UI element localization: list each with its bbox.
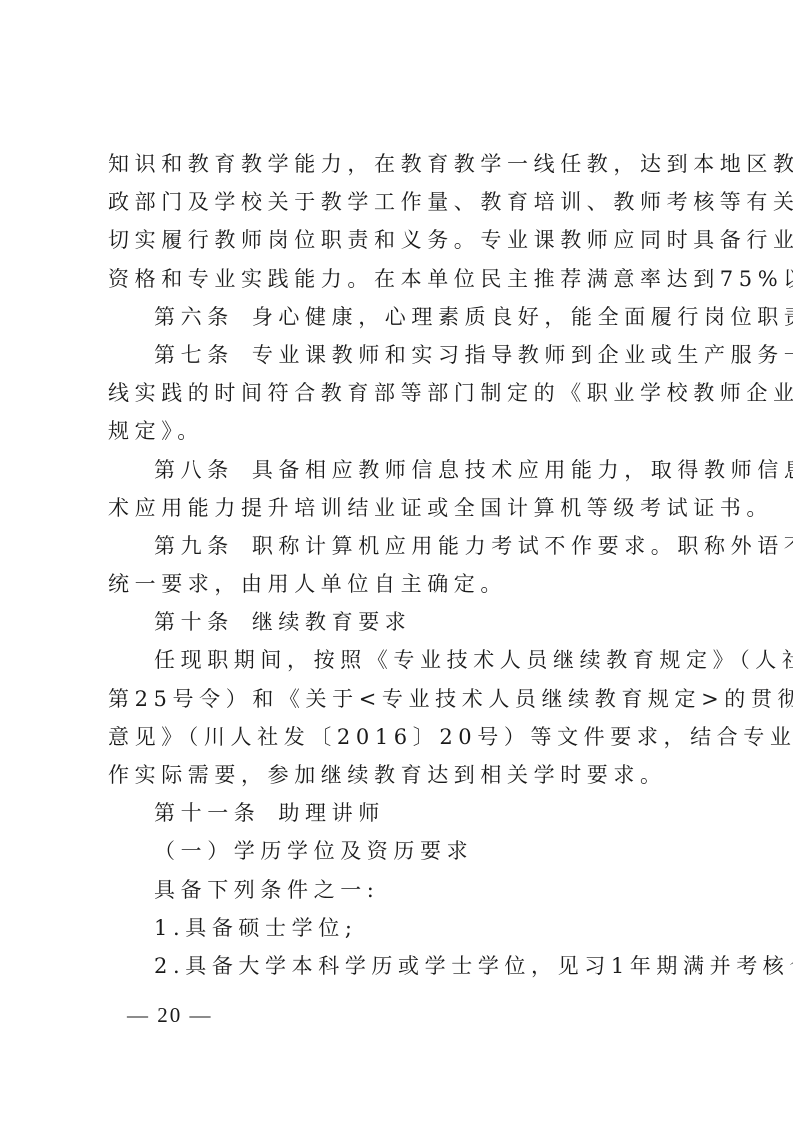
article-heading: 第六条 xyxy=(154,305,234,329)
text-line: 术应用能力提升培训结业证或全国计算机等级考试证书。 xyxy=(108,489,698,527)
document-body: 知识和教育教学能力，在教育教学一线任教，达到本地区教育行 政部门及学校关于教学工… xyxy=(108,145,698,985)
text-line: 资格和专业实践能力。在本单位民主推荐满意率达到75%以上。 xyxy=(108,260,698,298)
article-text: 继续教育要求 xyxy=(252,610,412,634)
article-text: 助理讲师 xyxy=(278,801,384,825)
text-line: 作实际需要，参加继续教育达到相关学时要求。 xyxy=(108,756,698,794)
text-line: 切实履行教师岗位职责和义务。专业课教师应同时具备行业能力 xyxy=(108,221,698,259)
page-number: — 20 — xyxy=(127,1003,213,1028)
text-line: 意见》（川人社发〔2016〕20号）等文件要求，结合专业技术工 xyxy=(108,718,698,756)
article-8: 第八条具备相应教师信息技术应用能力，取得教师信息技 xyxy=(108,451,698,489)
article-9: 第九条职称计算机应用能力考试不作要求。职称外语不作 xyxy=(108,527,698,565)
section-heading: （一）学历学位及资历要求 xyxy=(108,832,698,870)
text-line: 知识和教育教学能力，在教育教学一线任教，达到本地区教育行 xyxy=(108,145,698,183)
document-page: 知识和教育教学能力，在教育教学一线任教，达到本地区教育行 政部门及学校关于教学工… xyxy=(0,0,793,1122)
text-line: 第25号令）和《关于<专业技术人员继续教育规定>的贯彻实施 xyxy=(108,680,698,718)
list-item: 2.具备大学本科学历或学士学位，见习1年期满并考核合格; xyxy=(108,947,698,985)
article-heading: 第十条 xyxy=(154,610,234,634)
article-heading: 第八条 xyxy=(154,458,234,482)
article-text: 职称计算机应用能力考试不作要求。职称外语不作 xyxy=(252,534,793,558)
article-6: 第六条身心健康，心理素质良好，能全面履行岗位职责。 xyxy=(108,298,698,336)
text-line: 统一要求，由用人单位自主确定。 xyxy=(108,565,698,603)
article-text: 身心健康，心理素质良好，能全面履行岗位职责。 xyxy=(252,305,793,329)
text-line: 具备下列条件之一: xyxy=(108,871,698,909)
text-line: 政部门及学校关于教学工作量、教育培训、教师考核等有关要求， xyxy=(108,183,698,221)
text-line: 任现职期间，按照《专业技术人员继续教育规定》（人社部 xyxy=(108,641,698,679)
article-heading: 第十一条 xyxy=(154,801,260,825)
article-11: 第十一条助理讲师 xyxy=(108,794,698,832)
article-heading: 第九条 xyxy=(154,534,234,558)
list-item: 1.具备硕士学位; xyxy=(108,909,698,947)
article-heading: 第七条 xyxy=(154,343,234,367)
article-text: 具备相应教师信息技术应用能力，取得教师信息技 xyxy=(252,458,793,482)
article-10: 第十条继续教育要求 xyxy=(108,603,698,641)
article-7: 第七条专业课教师和实习指导教师到企业或生产服务一 xyxy=(108,336,698,374)
article-text: 专业课教师和实习指导教师到企业或生产服务一 xyxy=(252,343,793,367)
text-line: 线实践的时间符合教育部等部门制定的《职业学校教师企业实践 xyxy=(108,374,698,412)
text-line: 规定》。 xyxy=(108,412,698,450)
